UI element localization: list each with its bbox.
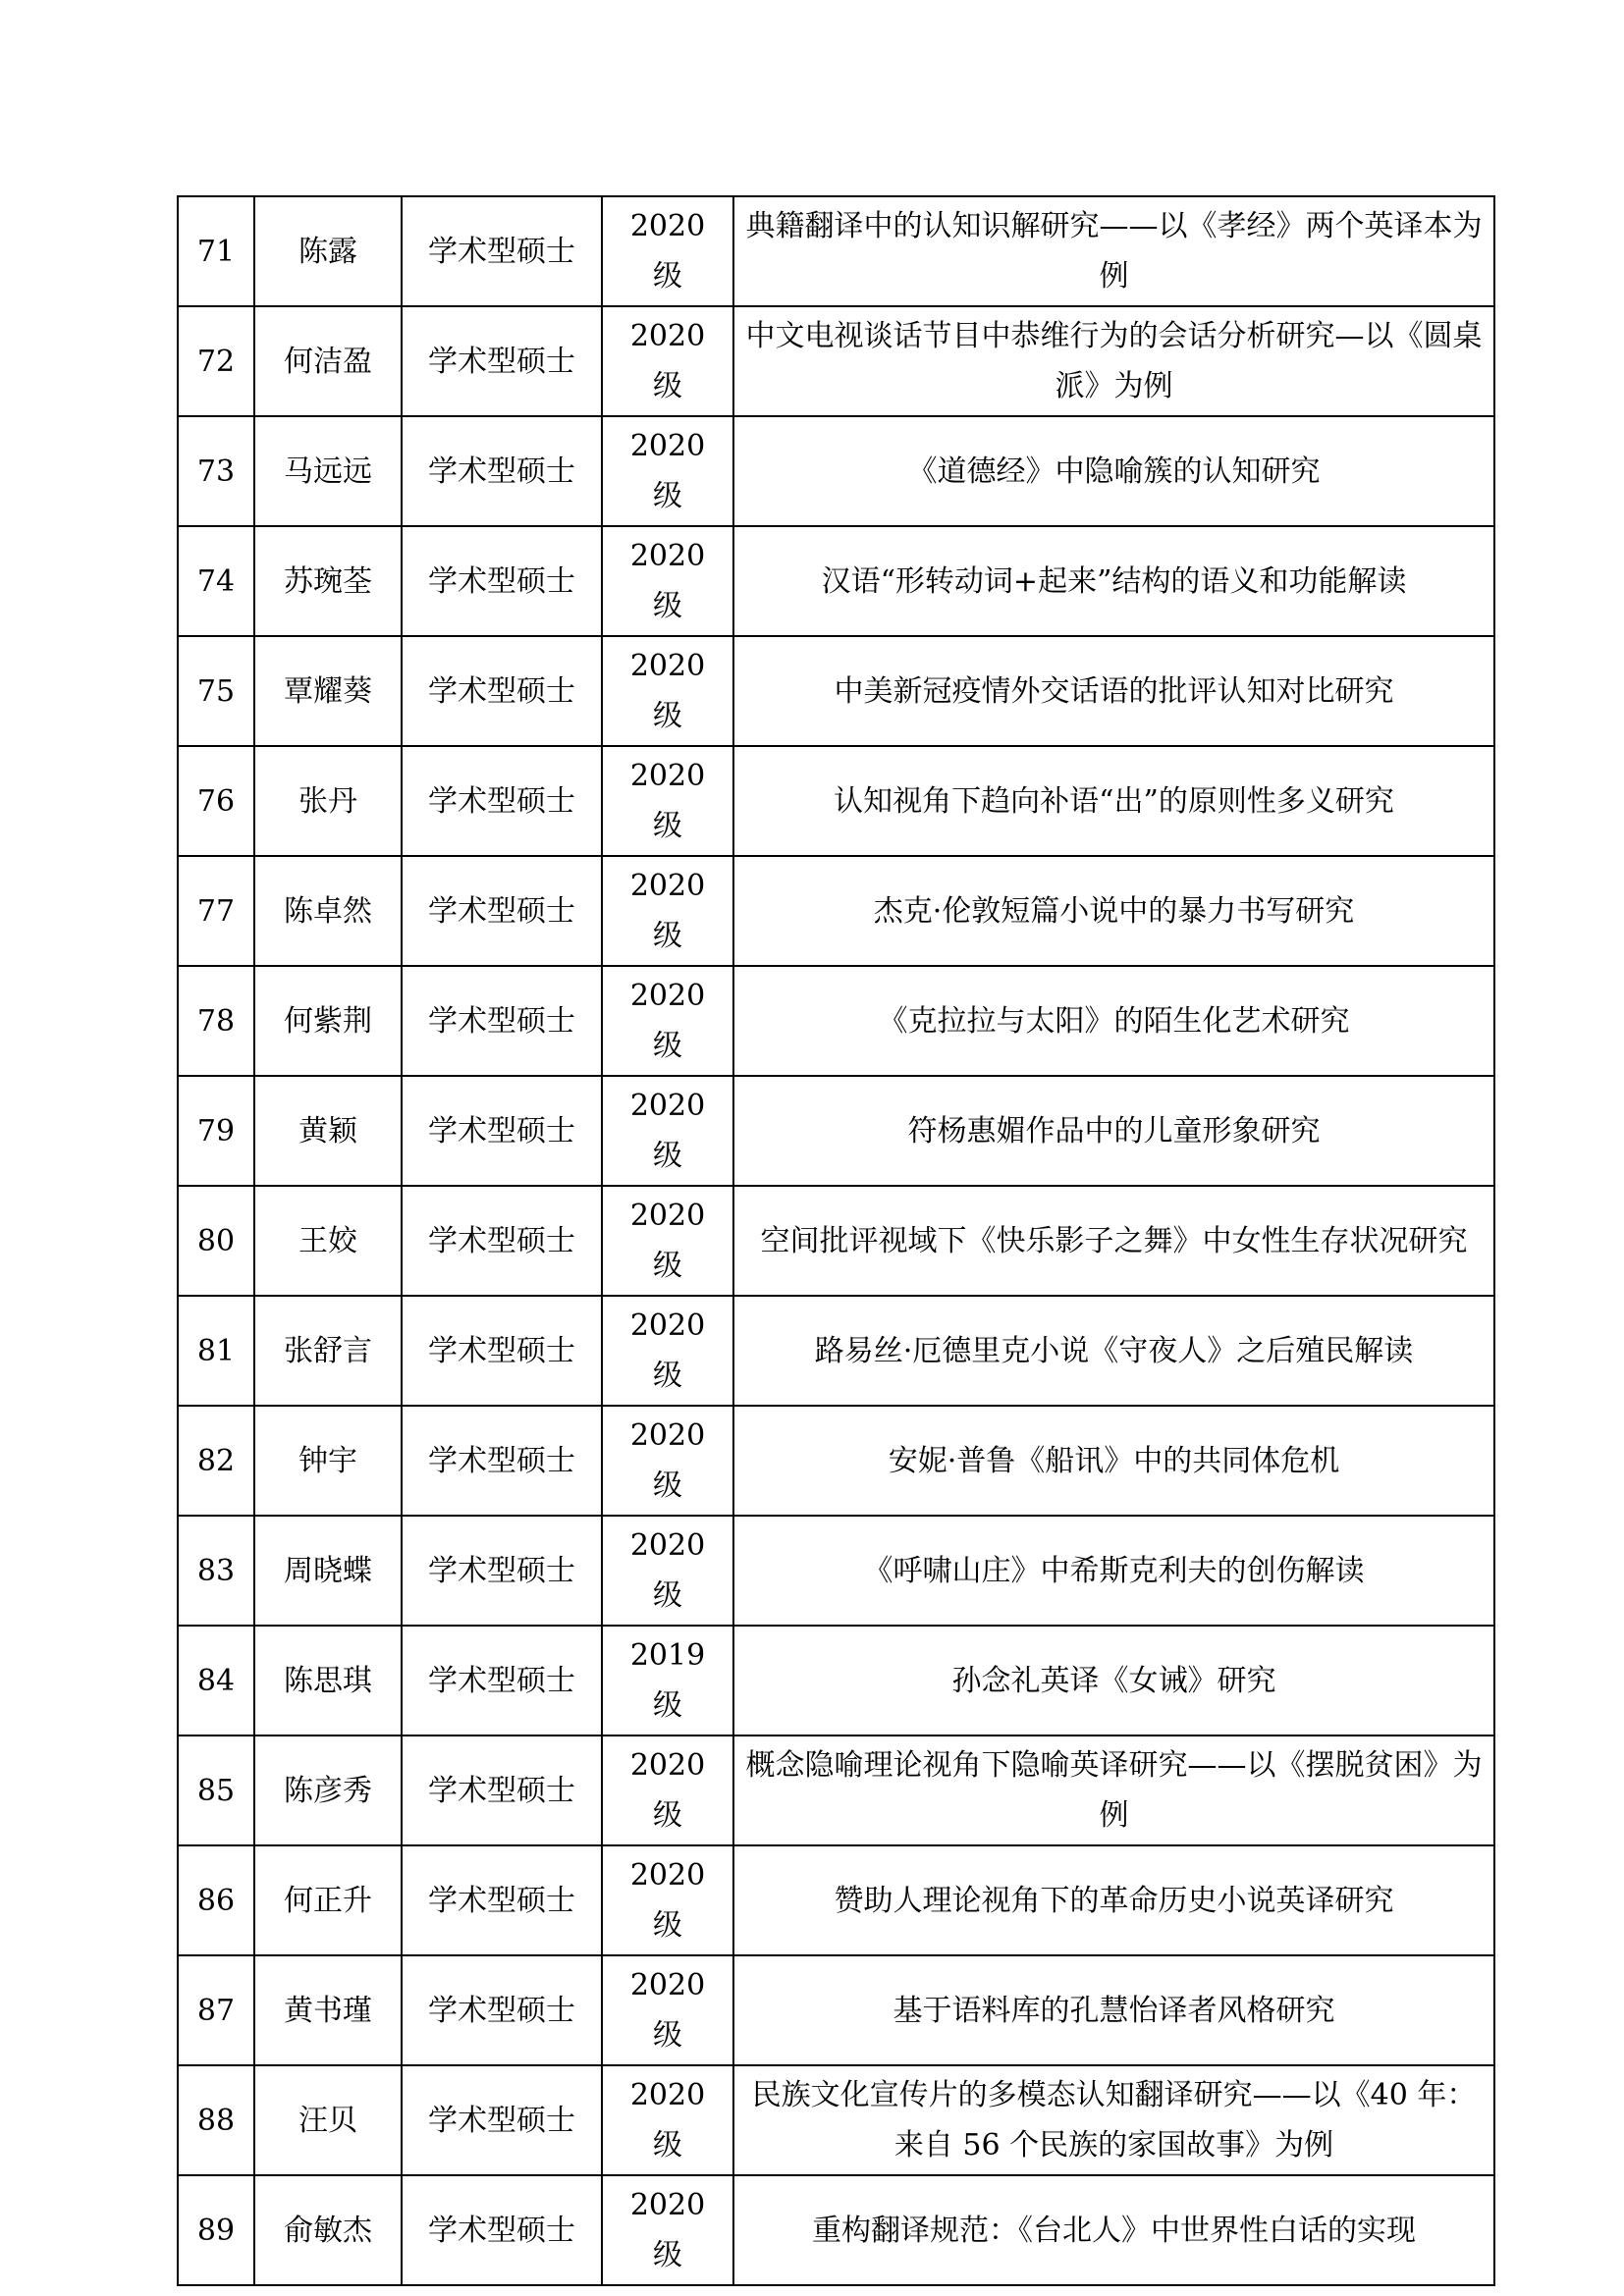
degree-type-cell: 学术型硕士 <box>402 636 602 746</box>
student-name-cell: 张丹 <box>254 746 402 856</box>
grade-cell: 2019 级 <box>602 1626 733 1735</box>
thesis-title-cell: 路易丝·厄德里克小说《守夜人》之后殖民解读 <box>733 1296 1494 1406</box>
thesis-title-cell: 杰克·伦敦短篇小说中的暴力书写研究 <box>733 856 1494 966</box>
row-number-cell: 84 <box>178 1626 254 1735</box>
table-row: 80 王姣 学术型硕士 2020 级 空间批评视域下《快乐影子之舞》中女性生存状… <box>178 1186 1494 1296</box>
grade-cell: 2020 级 <box>602 1186 733 1296</box>
table-row: 72 何洁盈 学术型硕士 2020 级 中文电视谈话节目中恭维行为的会话分析研究… <box>178 306 1494 416</box>
thesis-title-cell: 《道德经》中隐喻簇的认知研究 <box>733 416 1494 526</box>
thesis-title-cell: 民族文化宣传片的多模态认知翻译研究——以《40 年：来自 56 个民族的家国故事… <box>733 2065 1494 2175</box>
row-number-cell: 72 <box>178 306 254 416</box>
grade-cell: 2020 级 <box>602 1845 733 1955</box>
table-row: 87 黄书瑾 学术型硕士 2020 级 基于语料库的孔慧怡译者风格研究 <box>178 1955 1494 2065</box>
student-name-cell: 何紫荆 <box>254 966 402 1076</box>
row-number-cell: 86 <box>178 1845 254 1955</box>
row-number-cell: 85 <box>178 1735 254 1845</box>
grade-cell: 2020 级 <box>602 1955 733 2065</box>
degree-type-cell: 学术型硕士 <box>402 746 602 856</box>
student-name-cell: 陈彦秀 <box>254 1735 402 1845</box>
row-number-cell: 87 <box>178 1955 254 2065</box>
table-row: 75 覃耀葵 学术型硕士 2020 级 中美新冠疫情外交话语的批评认知对比研究 <box>178 636 1494 746</box>
table-row: 84 陈思琪 学术型硕士 2019 级 孙念礼英译《女诫》研究 <box>178 1626 1494 1735</box>
thesis-table-body: 71 陈露 学术型硕士 2020 级 典籍翻译中的认知识解研究——以《孝经》两个… <box>178 196 1494 2285</box>
row-number-cell: 74 <box>178 526 254 636</box>
row-number-cell: 81 <box>178 1296 254 1406</box>
grade-cell: 2020 级 <box>602 746 733 856</box>
row-number-cell: 78 <box>178 966 254 1076</box>
student-name-cell: 陈露 <box>254 196 402 306</box>
thesis-title-cell: 《克拉拉与太阳》的陌生化艺术研究 <box>733 966 1494 1076</box>
grade-cell: 2020 级 <box>602 636 733 746</box>
degree-type-cell: 学术型硕士 <box>402 1296 602 1406</box>
thesis-title-cell: 典籍翻译中的认知识解研究——以《孝经》两个英译本为例 <box>733 196 1494 306</box>
degree-type-cell: 学术型硕士 <box>402 856 602 966</box>
grade-cell: 2020 级 <box>602 196 733 306</box>
table-row: 76 张丹 学术型硕士 2020 级 认知视角下趋向补语“出”的原则性多义研究 <box>178 746 1494 856</box>
row-number-cell: 79 <box>178 1076 254 1186</box>
table-row: 74 苏琬荃 学术型硕士 2020 级 汉语“形转动词+起来”结构的语义和功能解… <box>178 526 1494 636</box>
grade-cell: 2020 级 <box>602 1076 733 1186</box>
table-row: 85 陈彦秀 学术型硕士 2020 级 概念隐喻理论视角下隐喻英译研究——以《摆… <box>178 1735 1494 1845</box>
degree-type-cell: 学术型硕士 <box>402 1076 602 1186</box>
student-name-cell: 俞敏杰 <box>254 2175 402 2285</box>
thesis-title-cell: 基于语料库的孔慧怡译者风格研究 <box>733 1955 1494 2065</box>
grade-cell: 2020 级 <box>602 416 733 526</box>
thesis-title-cell: 重构翻译规范：《台北人》中世界性白话的实现 <box>733 2175 1494 2285</box>
grade-cell: 2020 级 <box>602 966 733 1076</box>
degree-type-cell: 学术型硕士 <box>402 2065 602 2175</box>
grade-cell: 2020 级 <box>602 1735 733 1845</box>
student-name-cell: 黄颖 <box>254 1076 402 1186</box>
degree-type-cell: 学术型硕士 <box>402 526 602 636</box>
degree-type-cell: 学术型硕士 <box>402 1626 602 1735</box>
student-name-cell: 陈思琪 <box>254 1626 402 1735</box>
grade-cell: 2020 级 <box>602 1516 733 1626</box>
degree-type-cell: 学术型硕士 <box>402 966 602 1076</box>
row-number-cell: 83 <box>178 1516 254 1626</box>
row-number-cell: 76 <box>178 746 254 856</box>
thesis-title-cell: 空间批评视域下《快乐影子之舞》中女性生存状况研究 <box>733 1186 1494 1296</box>
row-number-cell: 71 <box>178 196 254 306</box>
table-row: 81 张舒言 学术型硕士 2020 级 路易丝·厄德里克小说《守夜人》之后殖民解… <box>178 1296 1494 1406</box>
degree-type-cell: 学术型硕士 <box>402 196 602 306</box>
table-row: 71 陈露 学术型硕士 2020 级 典籍翻译中的认知识解研究——以《孝经》两个… <box>178 196 1494 306</box>
grade-cell: 2020 级 <box>602 856 733 966</box>
student-name-cell: 马远远 <box>254 416 402 526</box>
grade-cell: 2020 级 <box>602 2175 733 2285</box>
student-name-cell: 汪贝 <box>254 2065 402 2175</box>
row-number-cell: 77 <box>178 856 254 966</box>
thesis-title-cell: 中文电视谈话节目中恭维行为的会话分析研究—以《圆桌派》为例 <box>733 306 1494 416</box>
student-name-cell: 王姣 <box>254 1186 402 1296</box>
row-number-cell: 80 <box>178 1186 254 1296</box>
table-row: 88 汪贝 学术型硕士 2020 级 民族文化宣传片的多模态认知翻译研究——以《… <box>178 2065 1494 2175</box>
degree-type-cell: 学术型硕士 <box>402 1186 602 1296</box>
student-name-cell: 何正升 <box>254 1845 402 1955</box>
thesis-title-cell: 赞助人理论视角下的革命历史小说英译研究 <box>733 1845 1494 1955</box>
table-row: 78 何紫荆 学术型硕士 2020 级 《克拉拉与太阳》的陌生化艺术研究 <box>178 966 1494 1076</box>
thesis-title-cell: 孙念礼英译《女诫》研究 <box>733 1626 1494 1735</box>
thesis-title-cell: 认知视角下趋向补语“出”的原则性多义研究 <box>733 746 1494 856</box>
student-name-cell: 钟宇 <box>254 1406 402 1516</box>
student-name-cell: 覃耀葵 <box>254 636 402 746</box>
grade-cell: 2020 级 <box>602 1296 733 1406</box>
student-name-cell: 陈卓然 <box>254 856 402 966</box>
thesis-title-cell: 符杨惠媚作品中的儿童形象研究 <box>733 1076 1494 1186</box>
table-row: 89 俞敏杰 学术型硕士 2020 级 重构翻译规范：《台北人》中世界性白话的实… <box>178 2175 1494 2285</box>
degree-type-cell: 学术型硕士 <box>402 1516 602 1626</box>
student-name-cell: 何洁盈 <box>254 306 402 416</box>
degree-type-cell: 学术型硕士 <box>402 416 602 526</box>
student-name-cell: 张舒言 <box>254 1296 402 1406</box>
degree-type-cell: 学术型硕士 <box>402 1406 602 1516</box>
thesis-title-cell: 《呼啸山庄》中希斯克利夫的创伤解读 <box>733 1516 1494 1626</box>
table-row: 82 钟宇 学术型硕士 2020 级 安妮·普鲁《船讯》中的共同体危机 <box>178 1406 1494 1516</box>
grade-cell: 2020 级 <box>602 1406 733 1516</box>
table-row: 77 陈卓然 学术型硕士 2020 级 杰克·伦敦短篇小说中的暴力书写研究 <box>178 856 1494 966</box>
table-row: 86 何正升 学术型硕士 2020 级 赞助人理论视角下的革命历史小说英译研究 <box>178 1845 1494 1955</box>
row-number-cell: 88 <box>178 2065 254 2175</box>
row-number-cell: 89 <box>178 2175 254 2285</box>
thesis-title-cell: 概念隐喻理论视角下隐喻英译研究——以《摆脱贫困》为例 <box>733 1735 1494 1845</box>
student-name-cell: 周晓蝶 <box>254 1516 402 1626</box>
student-name-cell: 苏琬荃 <box>254 526 402 636</box>
degree-type-cell: 学术型硕士 <box>402 1735 602 1845</box>
degree-type-cell: 学术型硕士 <box>402 2175 602 2285</box>
grade-cell: 2020 级 <box>602 526 733 636</box>
grade-cell: 2020 级 <box>602 2065 733 2175</box>
table-row: 83 周晓蝶 学术型硕士 2020 级 《呼啸山庄》中希斯克利夫的创伤解读 <box>178 1516 1494 1626</box>
thesis-title-cell: 安妮·普鲁《船讯》中的共同体危机 <box>733 1406 1494 1516</box>
row-number-cell: 73 <box>178 416 254 526</box>
degree-type-cell: 学术型硕士 <box>402 306 602 416</box>
grade-cell: 2020 级 <box>602 306 733 416</box>
thesis-title-cell: 汉语“形转动词+起来”结构的语义和功能解读 <box>733 526 1494 636</box>
table-row: 79 黄颖 学术型硕士 2020 级 符杨惠媚作品中的儿童形象研究 <box>178 1076 1494 1186</box>
thesis-table: 71 陈露 学术型硕士 2020 级 典籍翻译中的认知识解研究——以《孝经》两个… <box>177 195 1495 2286</box>
document-page: 71 陈露 学术型硕士 2020 级 典籍翻译中的认知识解研究——以《孝经》两个… <box>0 0 1624 2296</box>
degree-type-cell: 学术型硕士 <box>402 1845 602 1955</box>
degree-type-cell: 学术型硕士 <box>402 1955 602 2065</box>
row-number-cell: 75 <box>178 636 254 746</box>
student-name-cell: 黄书瑾 <box>254 1955 402 2065</box>
thesis-title-cell: 中美新冠疫情外交话语的批评认知对比研究 <box>733 636 1494 746</box>
table-row: 73 马远远 学术型硕士 2020 级 《道德经》中隐喻簇的认知研究 <box>178 416 1494 526</box>
row-number-cell: 82 <box>178 1406 254 1516</box>
